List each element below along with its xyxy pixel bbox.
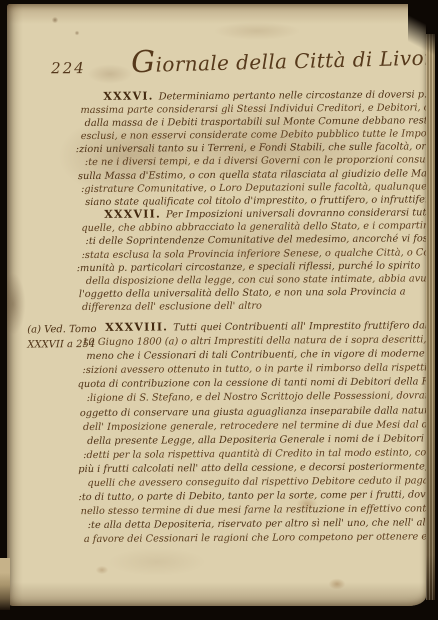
margin-note-line: XXXVII a 254: [27, 337, 96, 352]
margin-note: (a) Ved. Tomo XXXVII a 254: [27, 323, 97, 353]
margin-note-line: (a) Ved. Tomo: [27, 323, 96, 338]
photo-frame: 224 Giornale della Città di Livorno XXXV…: [0, 0, 438, 620]
paragraph-XXXVII: XXXVII.Per Imposizioni universali dovran…: [76, 205, 426, 314]
paragraph-number: XXXVI.: [103, 89, 153, 102]
book-fore-edge: [426, 34, 435, 600]
corner-shadow: [408, 0, 438, 64]
paragraph-number: XXXVIII.: [105, 320, 168, 333]
text-layer: 224 Giornale della Città di Livorno XXXV…: [7, 4, 426, 606]
paragraph-XXXVIII: XXXVIII.Tutti quei Contribuenti all' Imp…: [77, 318, 426, 547]
paragraph-XXXVI: XXXVI.Determiniamo pertanto nelle circos…: [75, 87, 426, 209]
book-page: 224 Giornale della Città di Livorno XXXV…: [7, 4, 426, 606]
paragraphs-layer: XXXVI.Determiniamo pertanto nelle circos…: [7, 4, 424, 6]
page-title: Giornale della Città di Livorno: [131, 38, 422, 80]
bottom-page-stack: [0, 558, 10, 610]
paragraph-number: XXXVII.: [104, 207, 161, 220]
manuscript-line: differenza dell' esclusione dell' altro: [82, 299, 426, 315]
page-number: 224: [51, 59, 86, 77]
manuscript-line: a favore dei Cessionari le ragioni che L…: [84, 531, 426, 548]
